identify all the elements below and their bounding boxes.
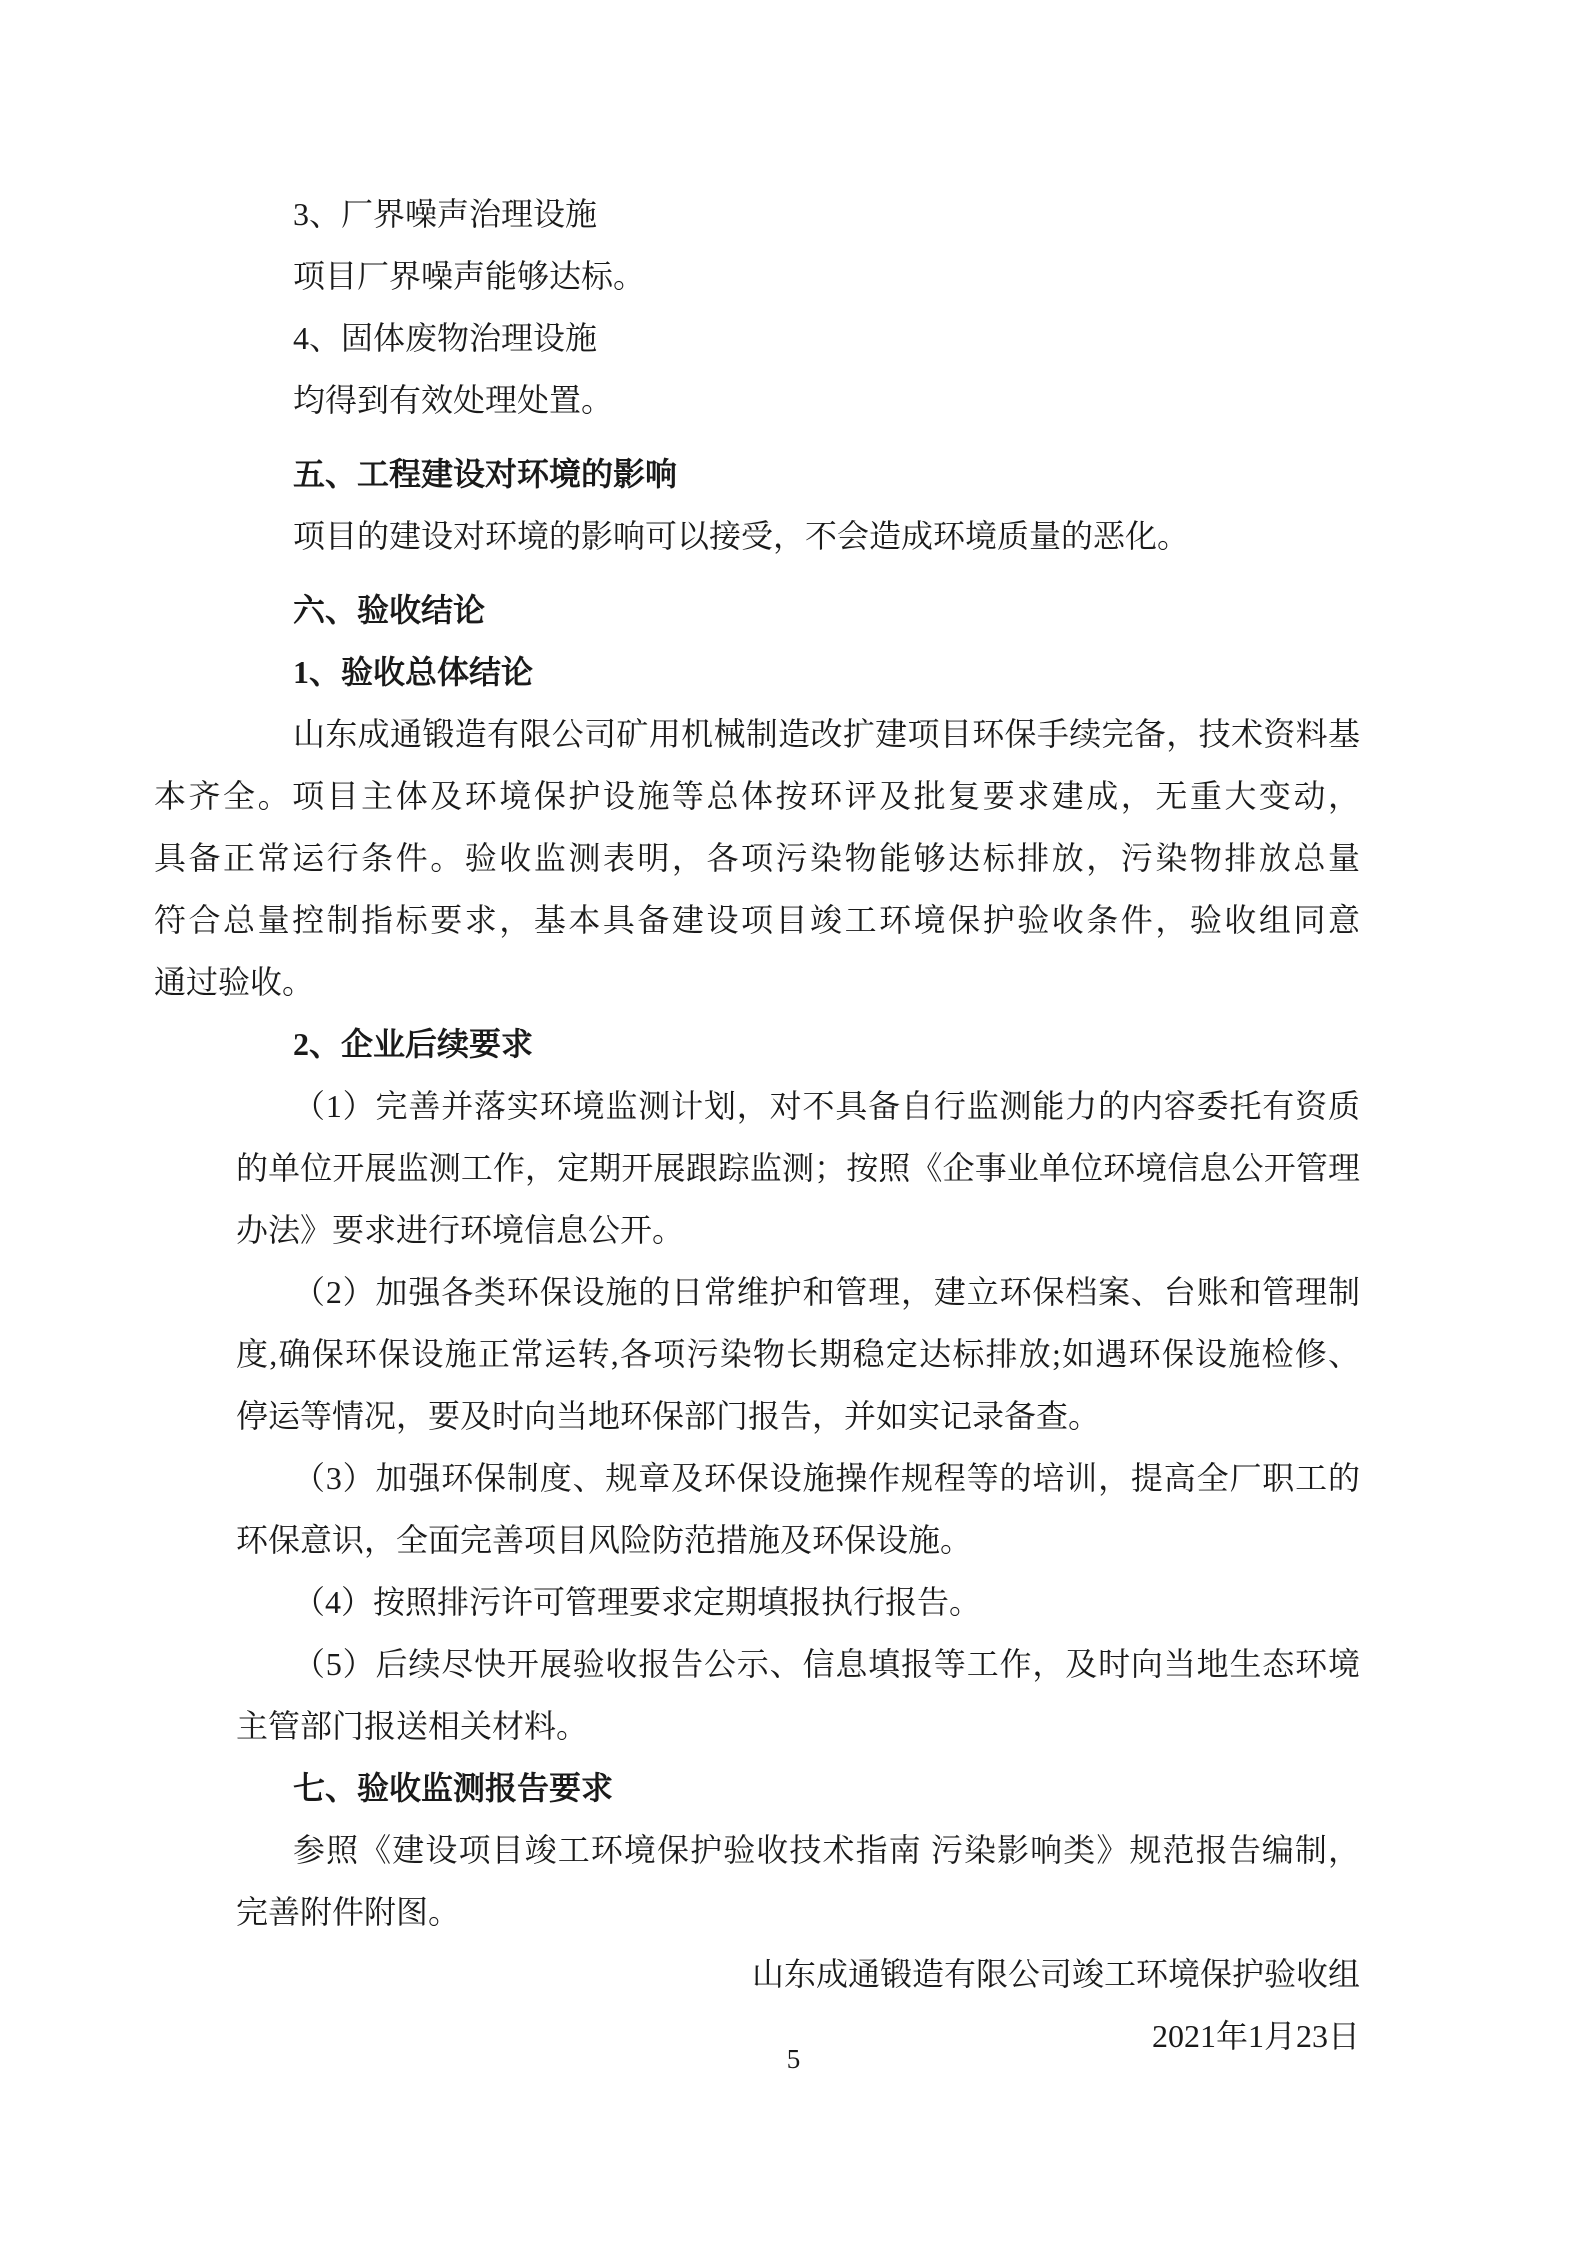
text-line: 度,确保环保设施正常运转,各项污染物长期稳定达标排放;如遇环保设施检修、	[154, 1323, 1360, 1385]
text-line: 3、厂界噪声治理设施	[154, 183, 1360, 245]
section-heading-7: 七、验收监测报告要求	[154, 1757, 1360, 1819]
text-line: 完善附件附图。	[154, 1881, 1360, 1943]
text-line: 4、固体废物治理设施	[154, 307, 1360, 369]
text-line: （2）加强各类环保设施的日常维护和管理，建立环保档案、台账和管理制	[154, 1261, 1360, 1323]
text-line: 项目的建设对环境的影响可以接受，不会造成环境质量的恶化。	[154, 505, 1360, 567]
text-line: 山东成通锻造有限公司矿用机械制造改扩建项目环保手续完备，技术资料基	[154, 703, 1360, 765]
text-line: 办法》要求进行环境信息公开。	[154, 1199, 1360, 1261]
text-line: 环保意识，全面完善项目风险防范措施及环保设施。	[154, 1509, 1360, 1571]
text-line: 的单位开展监测工作，定期开展跟踪监测；按照《企事业单位环境信息公开管理	[154, 1137, 1360, 1199]
subsection-heading-2: 2、企业后续要求	[154, 1013, 1360, 1075]
text-line: （3）加强环保制度、规章及环保设施操作规程等的培训，提高全厂职工的	[154, 1447, 1360, 1509]
document-page: 3、厂界噪声治理设施项目厂界噪声能够达标。4、固体废物治理设施均得到有效处理处置…	[0, 0, 1587, 2245]
text-line: 符合总量控制指标要求，基本具备建设项目竣工环境保护验收条件，验收组同意	[154, 889, 1360, 951]
text-line: （4）按照排污许可管理要求定期填报执行报告。	[154, 1571, 1360, 1633]
text-line: 通过验收。	[154, 951, 1360, 1013]
text-line: 参照《建设项目竣工环境保护验收技术指南 污染影响类》规范报告编制，	[154, 1819, 1360, 1881]
document-content: 3、厂界噪声治理设施项目厂界噪声能够达标。4、固体废物治理设施均得到有效处理处置…	[154, 183, 1360, 2067]
text-line: 均得到有效处理处置。	[154, 369, 1360, 431]
text-line: 项目厂界噪声能够达标。	[154, 245, 1360, 307]
section-heading-5: 五、工程建设对环境的影响	[154, 443, 1360, 505]
signature-line: 山东成通锻造有限公司竣工环境保护验收组	[154, 1943, 1360, 2005]
subsection-heading-1: 1、验收总体结论	[154, 641, 1360, 703]
text-line: 具备正常运行条件。验收监测表明，各项污染物能够达标排放，污染物排放总量	[154, 827, 1360, 889]
text-line: （1）完善并落实环境监测计划，对不具备自行监测能力的内容委托有资质	[154, 1075, 1360, 1137]
section-heading-6: 六、验收结论	[154, 579, 1360, 641]
text-line: 主管部门报送相关材料。	[154, 1695, 1360, 1757]
text-line: 本齐全。项目主体及环境保护设施等总体按环评及批复要求建成，无重大变动，	[154, 765, 1360, 827]
text-line: （5）后续尽快开展验收报告公示、信息填报等工作，及时向当地生态环境	[154, 1633, 1360, 1695]
text-line: 停运等情况，要及时向当地环保部门报告，并如实记录备查。	[154, 1385, 1360, 1447]
page-number: 5	[0, 2043, 1587, 2075]
